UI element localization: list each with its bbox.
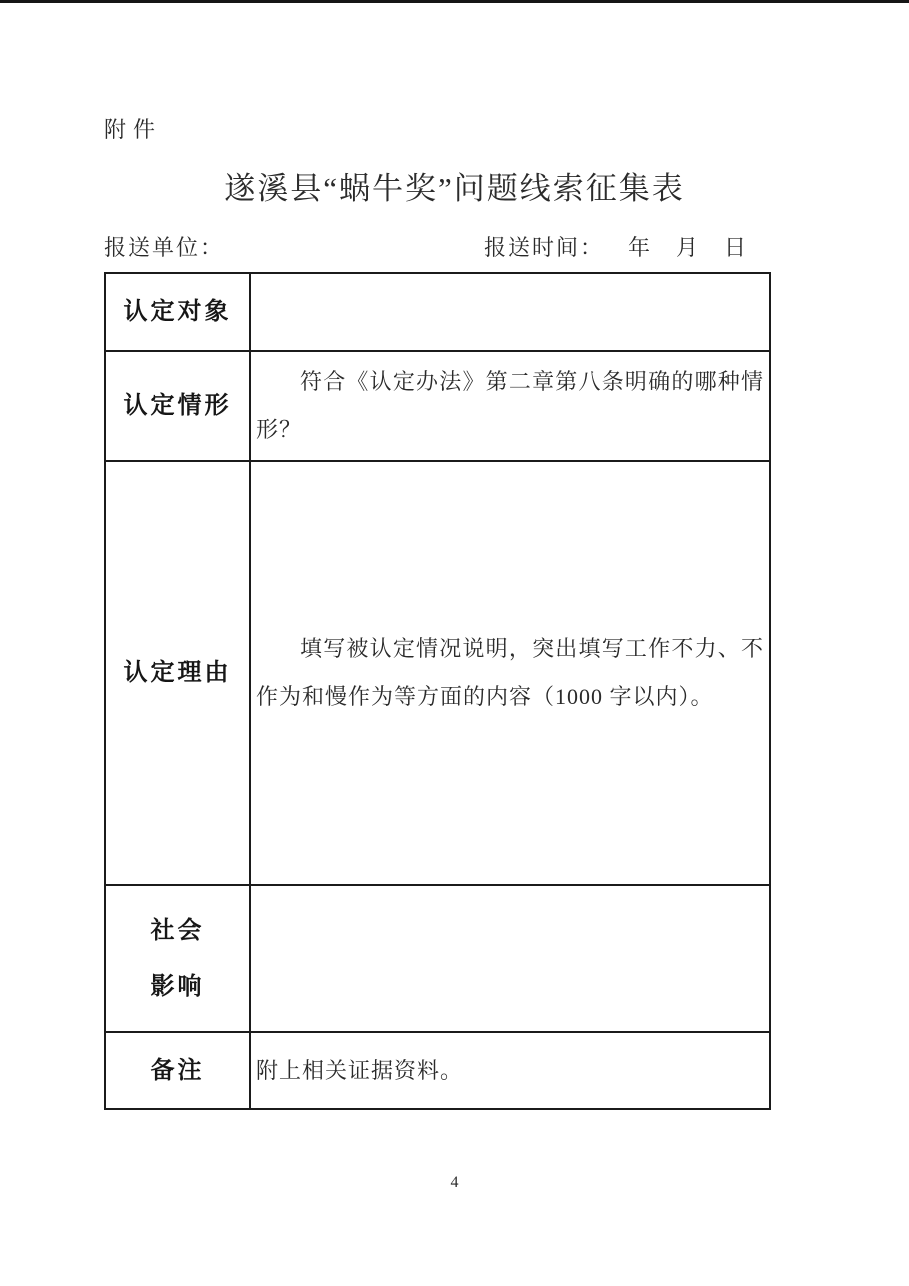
clue-collection-form-table: 认定对象 认定情形 符合《认定办法》第二章第八条明确的哪种情形？ 认定理由 填写… — [104, 272, 771, 1110]
table-row-remarks: 备注 附上相关证据资料。 — [105, 1032, 770, 1109]
label-cell-social-impact: 社会 影响 — [105, 885, 250, 1032]
label-cell-subject: 认定对象 — [105, 273, 250, 351]
table-row-subject: 认定对象 — [105, 273, 770, 351]
label-cell-remarks: 备注 — [105, 1032, 250, 1109]
report-unit-label: 报送单位： — [104, 231, 224, 262]
table-row-circumstance: 认定情形 符合《认定办法》第二章第八条明确的哪种情形？ — [105, 351, 770, 461]
remarks-value-text: 附上相关证据资料。 — [256, 1047, 764, 1095]
value-cell-reason: 填写被认定情况说明，突出填写工作不力、不作为和慢作为等方面的内容（1000 字以… — [250, 461, 770, 885]
page-top-edge — [0, 0, 909, 3]
attachment-label: 附件 — [104, 113, 162, 144]
value-cell-subject — [250, 273, 770, 351]
document-page: 附件 遂溪县“蜗牛奖”问题线索征集表 报送单位： 报送时间：年 月 日 认定对象… — [0, 0, 909, 1286]
value-cell-remarks: 附上相关证据资料。 — [250, 1032, 770, 1109]
label-cell-circumstance: 认定情形 — [105, 351, 250, 461]
reason-value-text: 填写被认定情况说明，突出填写工作不力、不作为和慢作为等方面的内容（1000 字以… — [256, 625, 764, 721]
report-time-blanks: 年 月 日 — [628, 235, 748, 260]
table-row-social-impact: 社会 影响 — [105, 885, 770, 1032]
table-row-reason: 认定理由 填写被认定情况说明，突出填写工作不力、不作为和慢作为等方面的内容（10… — [105, 461, 770, 885]
value-cell-social-impact — [250, 885, 770, 1032]
label-cell-reason: 认定理由 — [105, 461, 250, 885]
report-time-group: 报送时间：年 月 日 — [484, 231, 748, 262]
circumstance-value-text: 符合《认定办法》第二章第八条明确的哪种情形？ — [256, 358, 764, 454]
page-title: 遂溪县“蜗牛奖”问题线索征集表 — [0, 163, 909, 208]
value-cell-circumstance: 符合《认定办法》第二章第八条明确的哪种情形？ — [250, 351, 770, 461]
report-time-label: 报送时间： — [484, 235, 604, 260]
page-number: 4 — [0, 1174, 909, 1192]
